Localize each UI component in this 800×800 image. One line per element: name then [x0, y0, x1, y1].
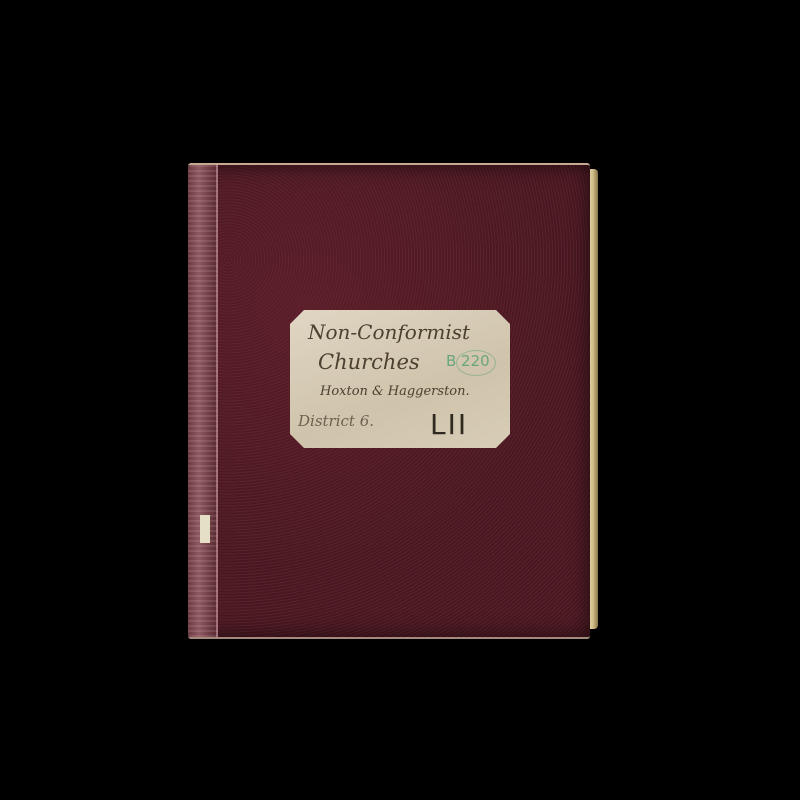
shelfmark: LII — [430, 408, 468, 441]
spine-tag — [200, 515, 210, 543]
label-title-line2: Churches — [318, 350, 420, 374]
front-cover: Non-Conformist Churches B 220 Hoxton & H… — [188, 163, 590, 639]
cover-label: Non-Conformist Churches B 220 Hoxton & H… — [290, 310, 510, 448]
spine — [188, 165, 218, 637]
catalog-stamp: B 220 — [446, 352, 490, 370]
label-district: District 6. — [298, 412, 374, 430]
notebook: Non-Conformist Churches B 220 Hoxton & H… — [188, 163, 602, 638]
label-location: Hoxton & Haggerston. — [320, 384, 470, 399]
label-title-line1: Non-Conformist — [308, 320, 470, 344]
